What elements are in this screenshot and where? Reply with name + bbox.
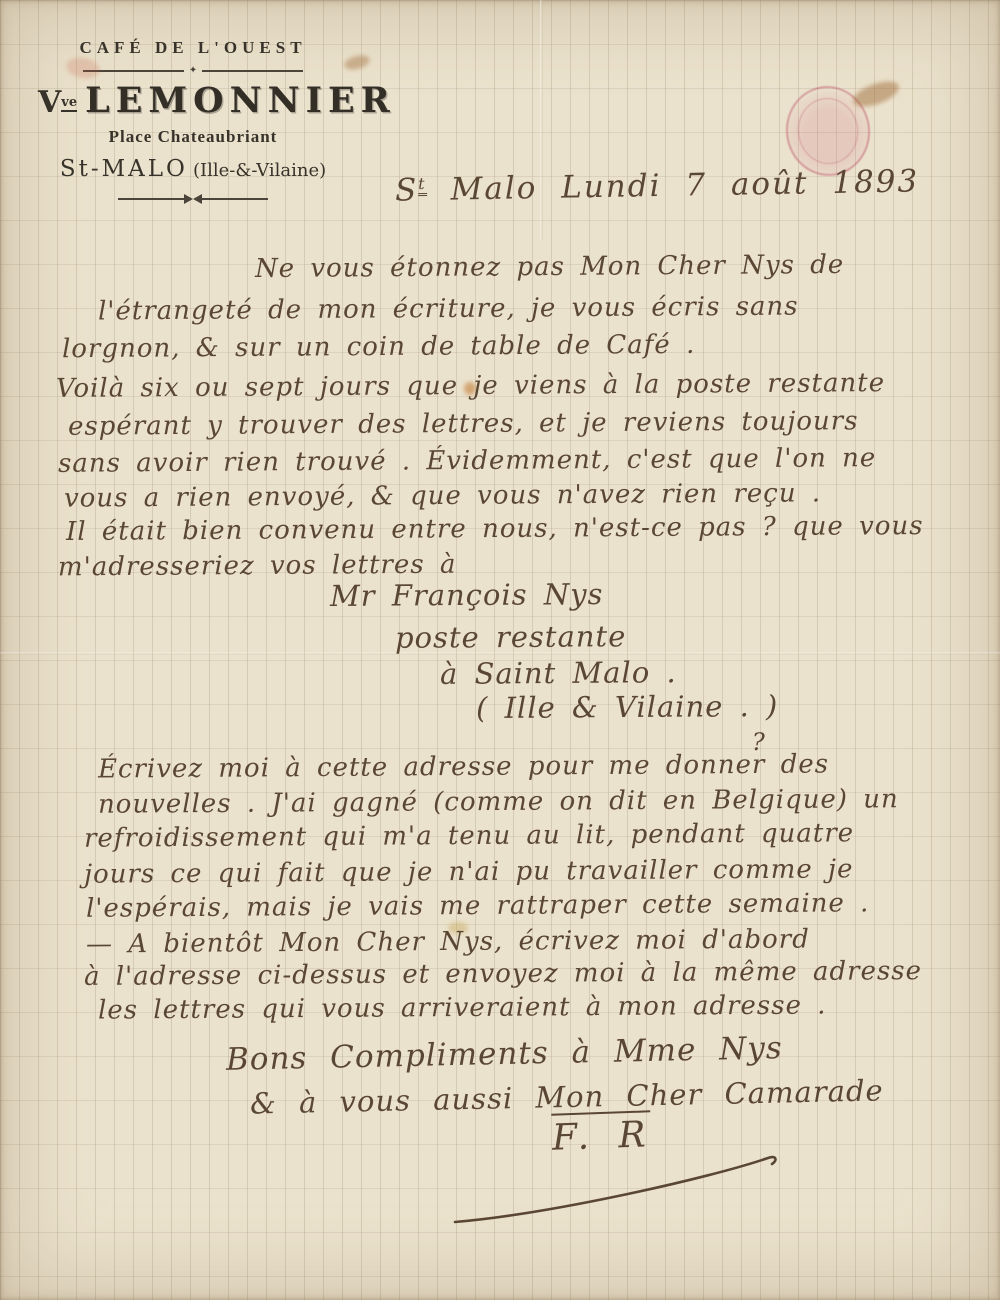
- divider-bar: [202, 70, 303, 72]
- handwritten-line: — A bientôt Mon Cher Nys, écrivez moi d'…: [86, 924, 810, 959]
- handwritten-line: Écrivez moi à cette adresse pour me donn…: [98, 749, 829, 784]
- handwritten-line: refroidissement qui m'a tenu au lit, pen…: [84, 818, 854, 853]
- dateline-superscript: t: [418, 174, 427, 196]
- arrow-left-icon: [193, 194, 202, 204]
- handwritten-line: Ne vous étonnez pas Mon Cher Nys de: [255, 250, 844, 284]
- stamp-inner-ring: [794, 94, 863, 168]
- handwritten-line: les lettres qui vous arriveraient à mon …: [98, 990, 827, 1025]
- city: St-MALO: [60, 156, 188, 182]
- handwritten-line: jours ce qui fait que je n'ai pu travail…: [84, 854, 854, 889]
- handwritten-line: à l'adresse ci-dessus et envoyez moi à l…: [84, 956, 922, 992]
- handwritten-line: m'adresseriez vos lettres à: [58, 550, 457, 583]
- street-address: Place Chateaubriant: [38, 127, 348, 147]
- department: (Ille-&-Vilaine): [193, 160, 326, 181]
- proprietor-initial: V: [38, 85, 61, 120]
- cafe-name: CAFÉ DE L'OUEST: [38, 38, 348, 58]
- fleuron-icon: ✦: [184, 66, 202, 76]
- address-line: poste restante: [395, 619, 627, 655]
- handwritten-line: lorgnon, & sur un coin de table de Café …: [62, 330, 695, 364]
- handwritten-line: vous a rien envoyé, & que vous n'avez ri…: [64, 478, 821, 513]
- letterhead-divider-bottom: [118, 194, 268, 204]
- handwritten-line: nouvelles . J'ai gagné (comme on dit en …: [98, 784, 899, 820]
- handwritten-line: Voilà six ou sept jours que je viens à l…: [56, 368, 885, 404]
- handwritten-line: l'espérais, mais je vais me rattraper ce…: [86, 888, 870, 923]
- proprietor-abbrev: ve: [61, 95, 77, 112]
- proprietor-name: VveLEMONNIER: [38, 80, 348, 121]
- dateline-s: S: [395, 172, 419, 208]
- divider-bar: [118, 198, 184, 200]
- letter-page: CAFÉ DE L'OUEST ✦ VveLEMONNIER Place Cha…: [0, 0, 1000, 1300]
- handwritten-line: l'étrangeté de mon écriture, je vous écr…: [98, 292, 799, 327]
- dateline-rest: Malo Lundi 7 août 1893: [450, 163, 919, 207]
- handwritten-line: sans avoir rien trouvé . Évidemment, c'e…: [58, 443, 876, 479]
- address-line: Mr François Nys: [330, 577, 604, 613]
- address-line: ( Ille & Vilaine . ): [476, 689, 779, 725]
- dateline: St Malo Lundi 7 août 1893: [395, 163, 920, 208]
- city-line: St-MALO (Ille-&-Vilaine): [38, 156, 348, 182]
- proprietor-surname: LEMONNIER: [85, 80, 396, 121]
- letterhead-divider-top: ✦: [83, 66, 303, 76]
- arrow-right-icon: [184, 194, 193, 204]
- address-line: à Saint Malo .: [440, 655, 677, 691]
- handwritten-line: espérant y trouver des lettres, et je re…: [68, 406, 859, 442]
- closing-line: Bons Compliments à Mme Nys: [226, 1030, 783, 1078]
- signature-flourish: [420, 1130, 820, 1240]
- divider-bar: [202, 198, 268, 200]
- handwritten-line: Il était bien convenu entre nous, n'est-…: [66, 511, 924, 547]
